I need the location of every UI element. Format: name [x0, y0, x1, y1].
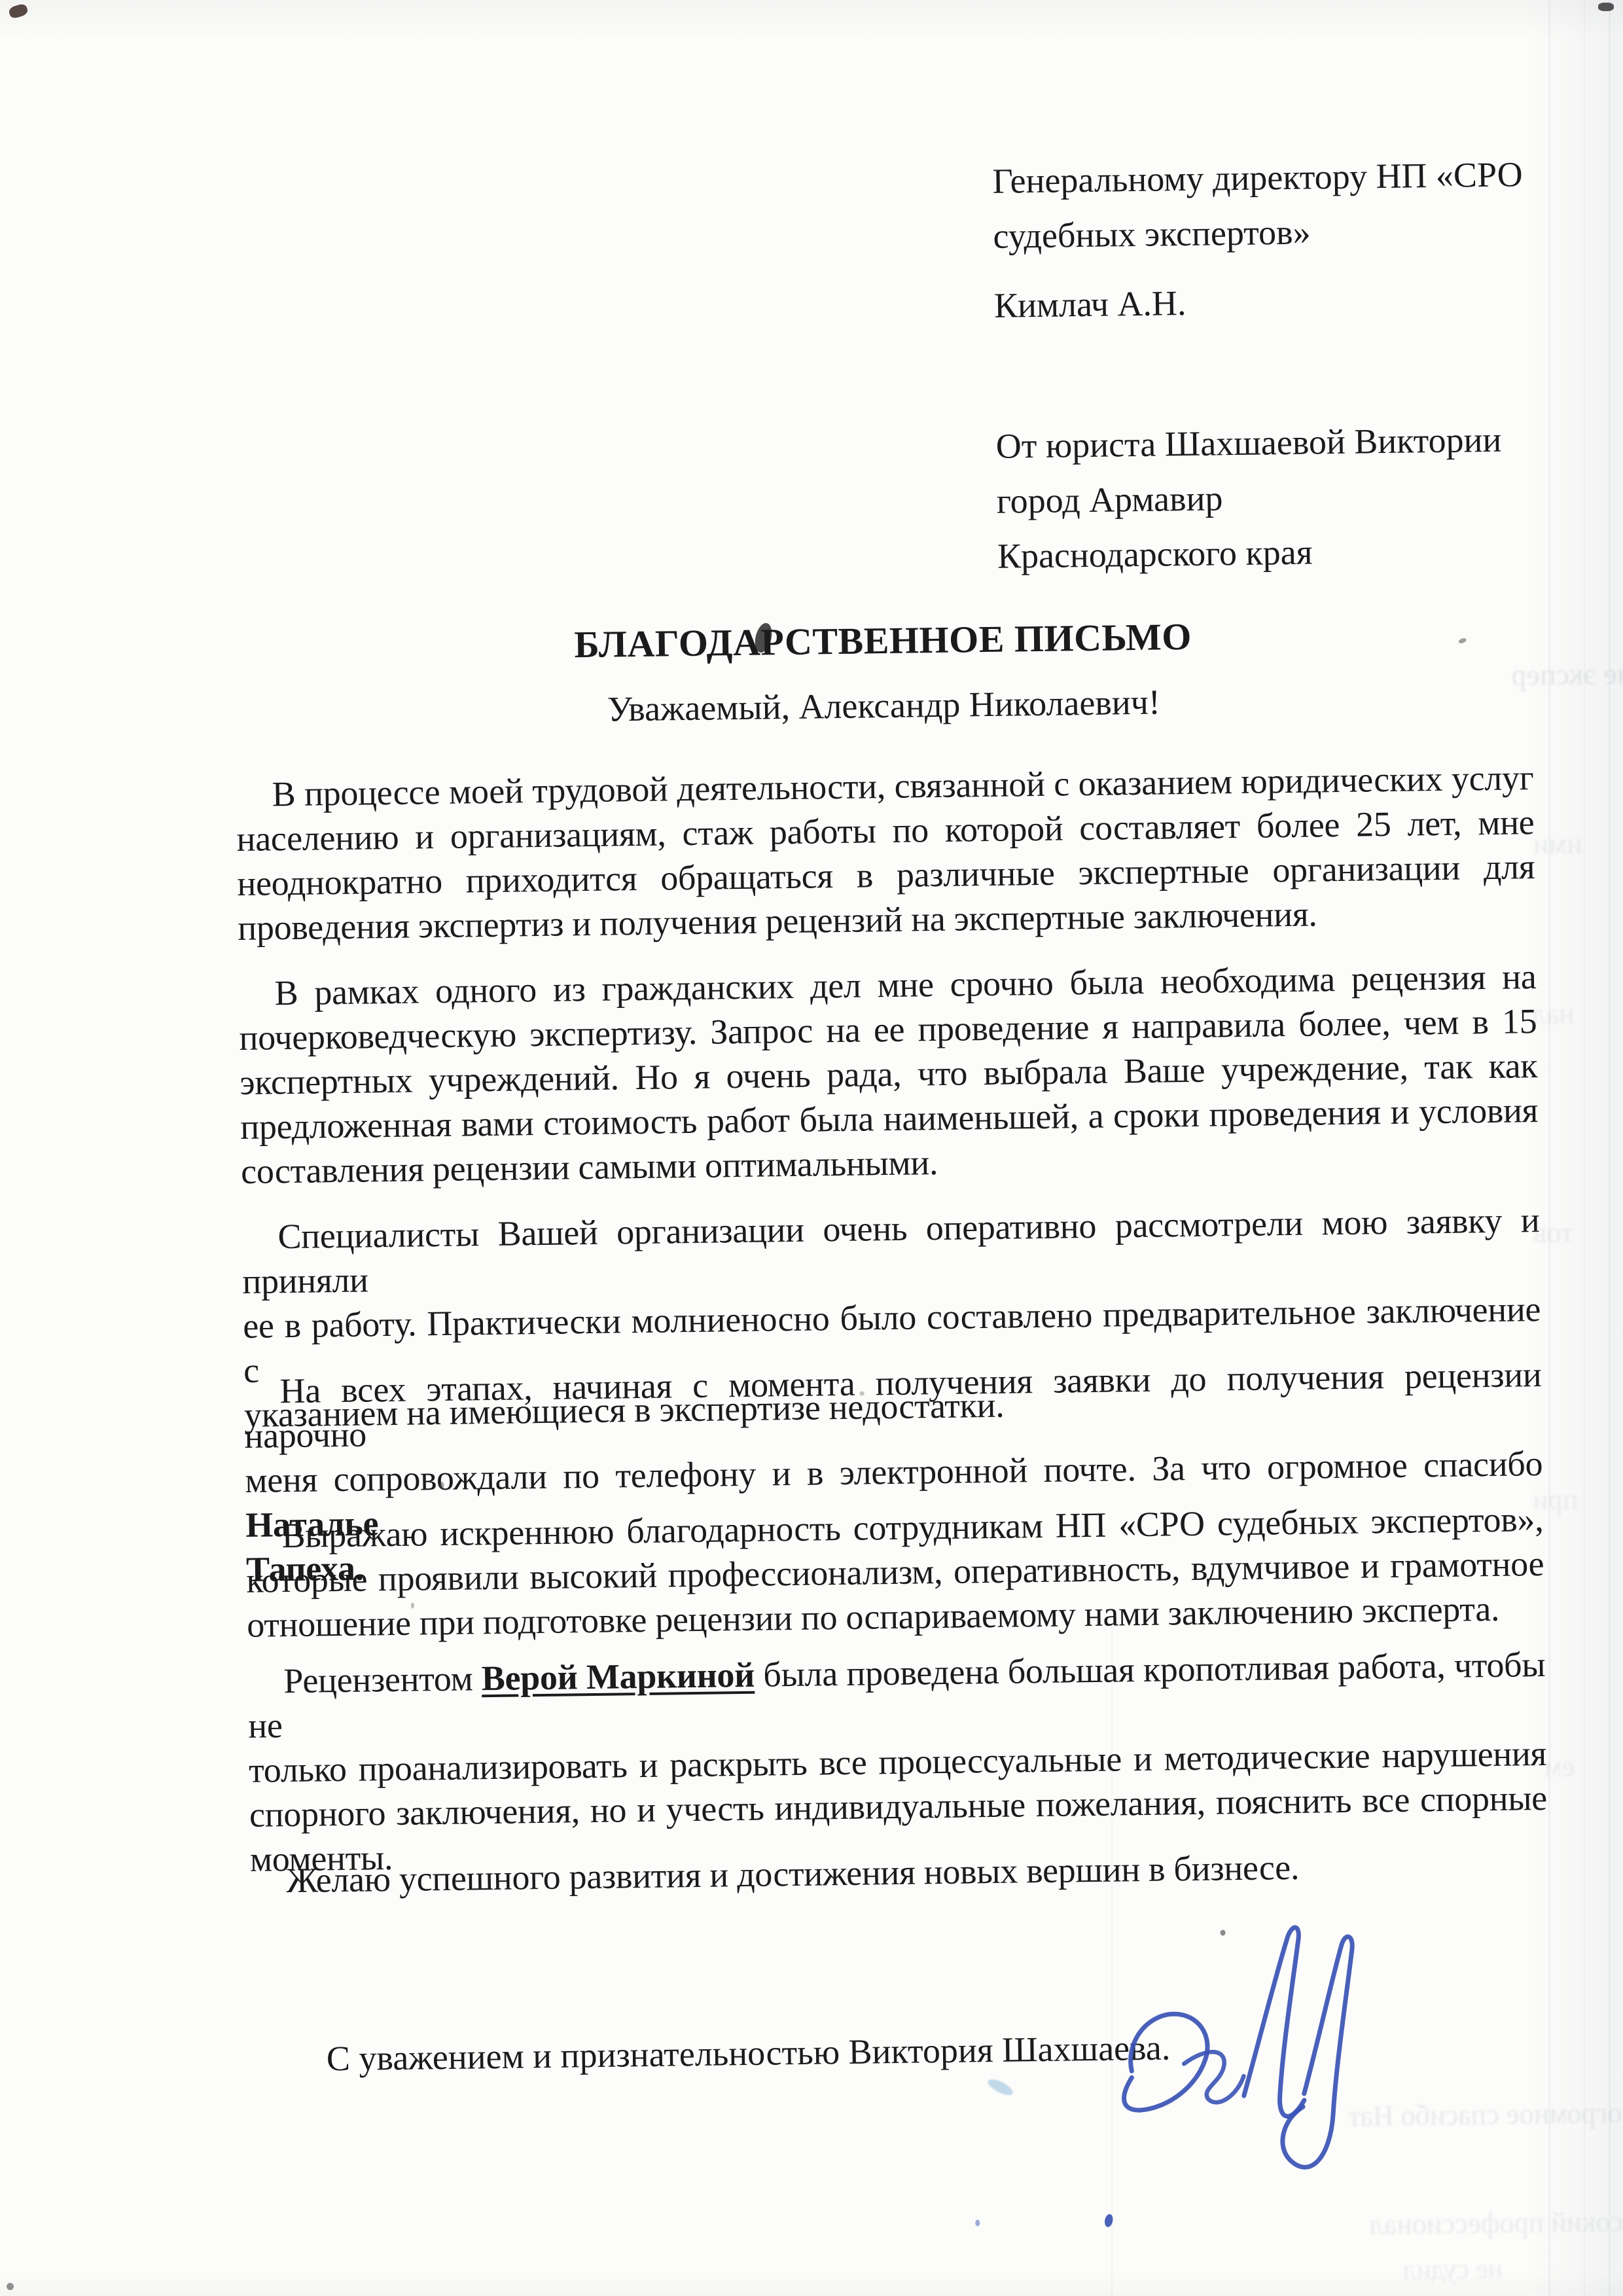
closing-line: С уважением и признательностью Виктория … [326, 2026, 1170, 2081]
bleed-fragment: нал [1531, 997, 1575, 1031]
paragraph-1: В процессе моей трудовой деятельности, с… [236, 755, 1535, 950]
bleed-fragment: не судил [1402, 2253, 1503, 2286]
bleed-fragment: тов [1533, 1215, 1573, 1249]
salutation: Уважаемый, Александр Николаевич! [235, 677, 1533, 734]
sender-line: город Армавир [996, 467, 1560, 529]
sender-line: Краснодарского края [997, 522, 1560, 584]
ink-speck [411, 1603, 414, 1609]
ink-dot-blue [1103, 2214, 1114, 2228]
bleed-fragment: ими [1533, 827, 1582, 861]
bleed-fragment: при [1533, 1482, 1578, 1516]
letter-title: БЛАГОДАРСТВЕННОЕ ПИСЬМО [234, 610, 1532, 671]
recipient-name-text: Кимлач А.Н. [993, 271, 1557, 333]
recipient-line: судебных экспертов» [993, 202, 1556, 264]
ink-mark-blue [986, 2076, 1015, 2098]
text-line: Рецензентом Верой Маркиной была проведен… [247, 1642, 1546, 1748]
bleed-fragment: огромное спасибо Нат [1348, 2096, 1622, 2132]
paragraph-2: В рамках одного из гражданских дел мне с… [238, 954, 1539, 1194]
paragraph-5: Выражаю искреннюю благодарность сотрудни… [245, 1497, 1545, 1647]
bleed-fragment: ские экспер [1511, 656, 1623, 692]
corner-mark [7, 2283, 14, 2290]
ink-speck-blue [975, 2219, 980, 2226]
handwritten-signature [1084, 1896, 1389, 2214]
recipient-block: Генеральному директору НП «СРО судебных … [992, 147, 1556, 264]
page-content: Генеральному директору НП «СРО судебных … [0, 0, 1623, 2296]
text-line: Специалисты Вашей организации очень опер… [241, 1198, 1541, 1304]
corner-mark [1598, 3, 1614, 11]
bleed-fragment: высокий профессионал [1369, 2204, 1623, 2242]
scanned-letter-page: Генеральному директору НП «СРО судебных … [0, 0, 1623, 2296]
ink-speck [860, 1391, 865, 1396]
bleed-through-text: ские экспериминалтовприемогромное спасиб… [0, 0, 1609, 3]
recipient-line: Генеральному директору НП «СРО [992, 147, 1556, 209]
sender-block: От юриста Шахшаевой Виктории город Армав… [995, 412, 1560, 584]
ink-speck [1220, 1929, 1225, 1935]
bleed-fragment: ем [1544, 1749, 1575, 1784]
ink-speck [439, 1482, 444, 1489]
text-line: На всех этапах, начиная с момента получе… [243, 1352, 1543, 1458]
recipient-name: Кимлач А.Н. [993, 271, 1557, 333]
sender-line: От юриста Шахшаевой Виктории [995, 412, 1559, 474]
